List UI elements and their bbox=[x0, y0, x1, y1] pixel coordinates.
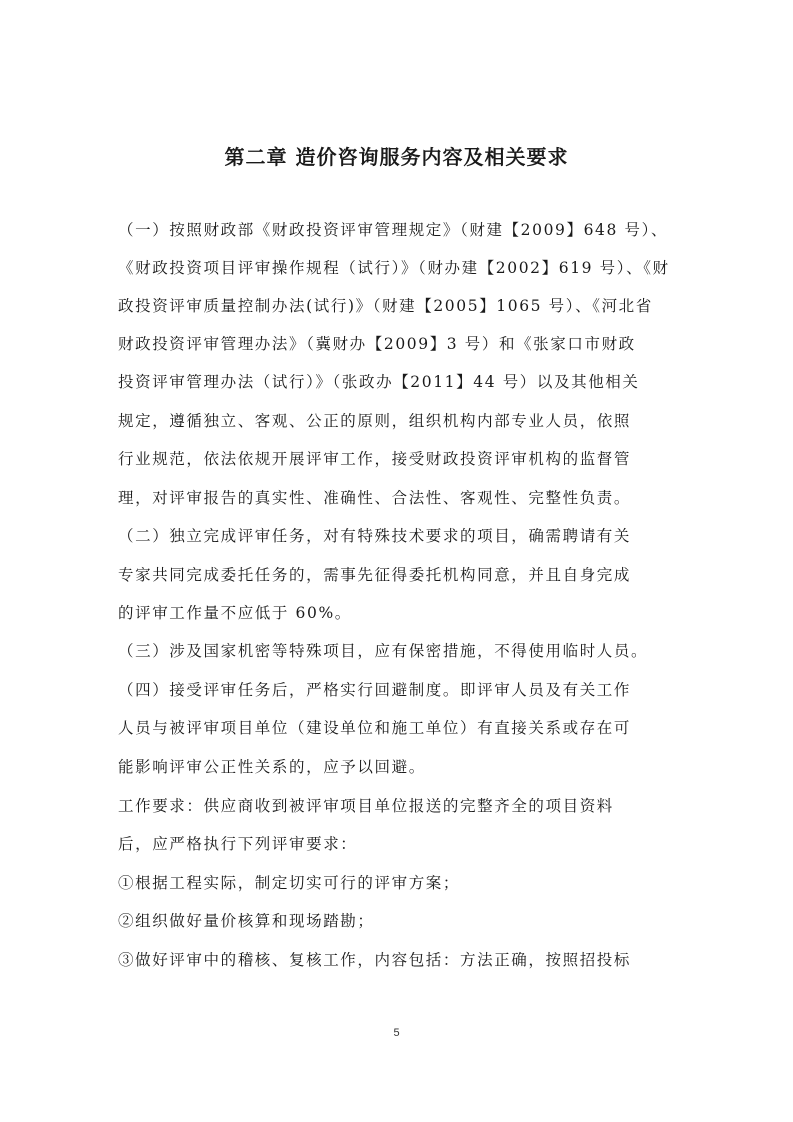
body-line: 的评审工作量不应低于 60%。 bbox=[118, 603, 678, 623]
body-line: 工作要求：供应商收到被评审项目单位报送的完整齐全的项目资料 bbox=[118, 796, 678, 816]
body-line: 《财政投资项目评审操作规程（试行）》（财办建【2002】619 号）、《财 bbox=[118, 258, 678, 278]
body-line: 后，应严格执行下列评审要求： bbox=[118, 834, 678, 854]
body-line: （一）按照财政部《财政投资评审管理规定》（财建【2009】648 号）、 bbox=[118, 220, 678, 240]
body-line: ③做好评审中的稽核、复核工作，内容包括：方法正确，按照招投标 bbox=[118, 950, 678, 970]
body-line: 能影响评审公正性关系的，应予以回避。 bbox=[118, 757, 678, 777]
body-line: 政投资评审质量控制办法(试行)》（财建【2005】1065 号）、《河北省 bbox=[118, 296, 678, 316]
body-line: （三）涉及国家机密等特殊项目，应有保密措施，不得使用临时人员。 bbox=[118, 641, 678, 661]
body-line: ②组织做好量价核算和现场踏勘； bbox=[118, 911, 678, 931]
body-line: 人员与被评审项目单位（建设单位和施工单位）有直接关系或存在可 bbox=[118, 718, 678, 738]
body-line: 投资评审管理办法（试行）》（张政办【2011】44 号）以及其他相关 bbox=[118, 372, 678, 392]
chapter-title: 第二章 造价咨询服务内容及相关要求 bbox=[0, 141, 793, 170]
body-line: 财政投资评审管理办法》（冀财办【2009】3 号）和《张家口市财政 bbox=[118, 334, 678, 354]
body-line: 规定，遵循独立、客观、公正的原则，组织机构内部专业人员，依照 bbox=[118, 411, 678, 431]
body-line: 理，对评审报告的真实性、准确性、合法性、客观性、完整性负责。 bbox=[118, 488, 678, 508]
body-line: 行业规范，依法依规开展评审工作，接受财政投资评审机构的监督管 bbox=[118, 449, 678, 469]
body-line: （四）接受评审任务后，严格实行回避制度。即评审人员及有关工作 bbox=[118, 680, 678, 700]
page-number: 5 bbox=[0, 1027, 793, 1039]
body-line: ①根据工程实际，制定切实可行的评审方案； bbox=[118, 873, 678, 893]
body-line: 专家共同完成委托任务的，需事先征得委托机构同意，并且自身完成 bbox=[118, 565, 678, 585]
body-line: （二）独立完成评审任务，对有特殊技术要求的项目，确需聘请有关 bbox=[118, 526, 678, 546]
